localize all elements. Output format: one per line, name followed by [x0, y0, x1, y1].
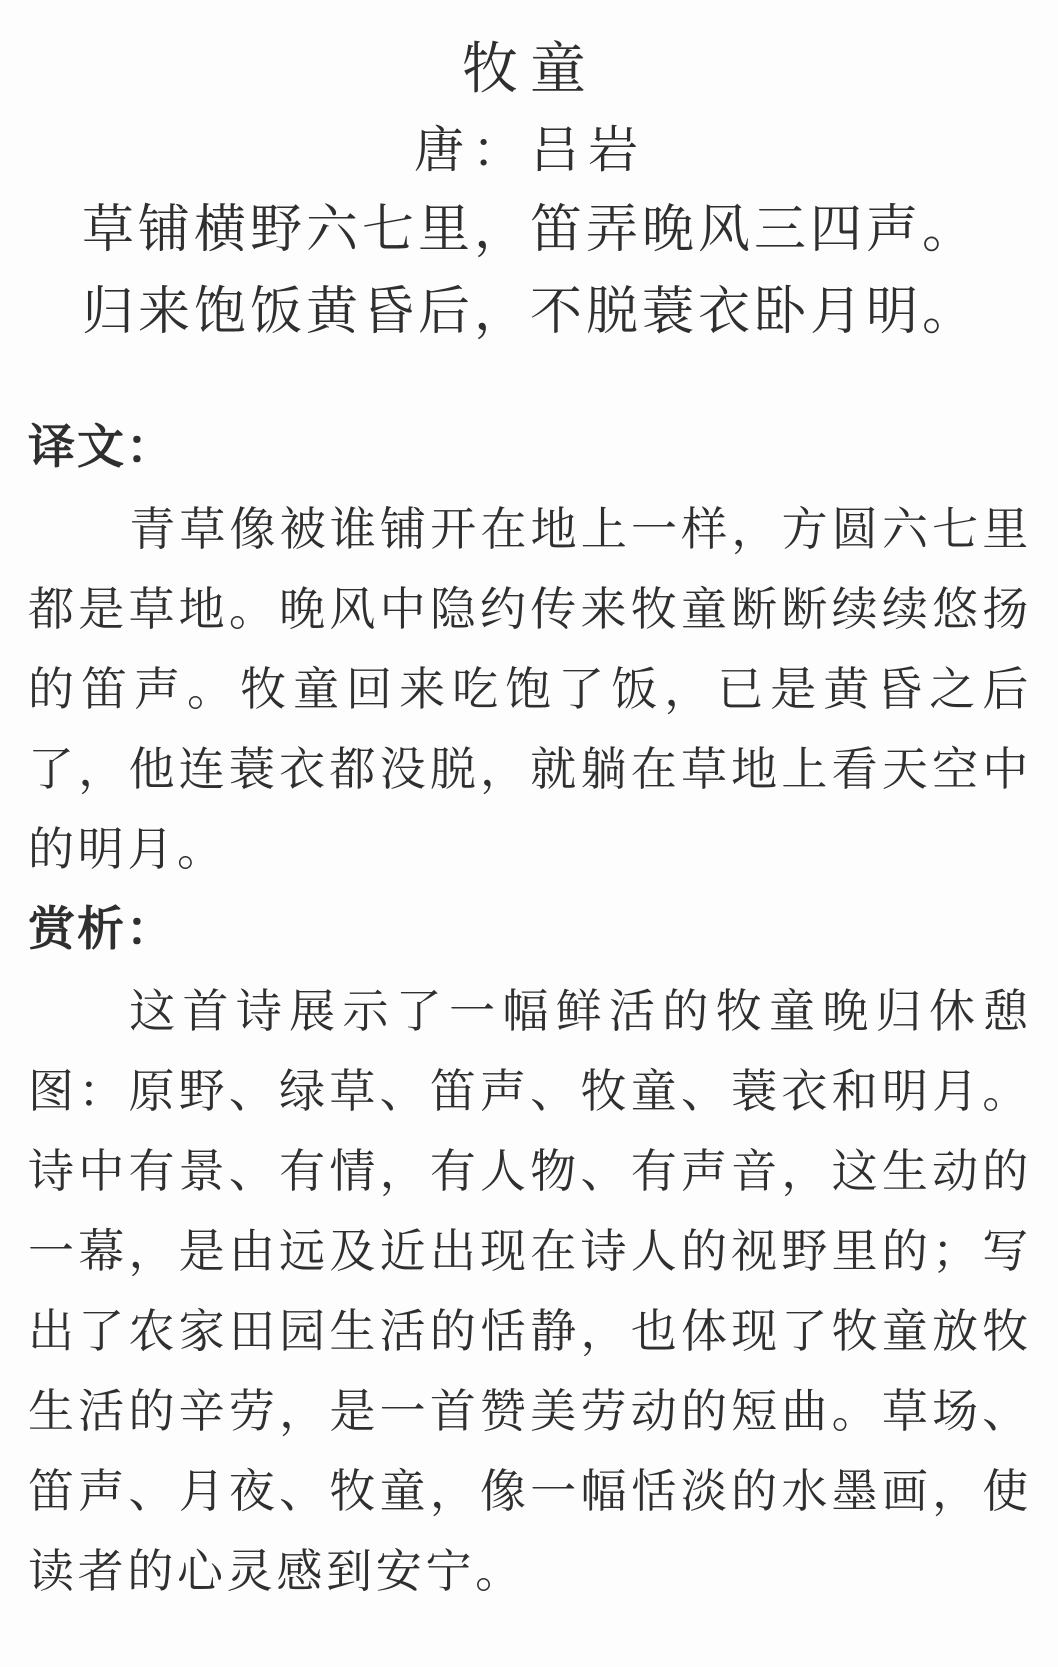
translation-paragraph: 青草像被谁铺开在地上一样，方圆六七里都是草地。晚风中隐约传来牧童断断续续悠扬的笛… [28, 490, 1032, 890]
poem-line-2: 归来饱饭黄昏后，不脱蓑衣卧月明。 [28, 272, 1032, 354]
translation-heading: 译文： [28, 418, 1032, 478]
document-page: 牧童 唐：吕岩 草铺横野六七里，笛弄晚风三四声。 归来饱饭黄昏后，不脱蓑衣卧月明… [0, 0, 1058, 1667]
analysis-paragraph: 这首诗展示了一幅鲜活的牧童晚归休憩图：原野、绿草、笛声、牧童、蓑衣和明月。诗中有… [28, 972, 1032, 1612]
poem-title: 牧童 [28, 30, 1032, 110]
poem-line-1: 草铺横野六七里，笛弄晚风三四声。 [28, 190, 1032, 272]
analysis-heading: 赏析： [28, 900, 1032, 960]
poem-author: 唐：吕岩 [28, 110, 1032, 190]
